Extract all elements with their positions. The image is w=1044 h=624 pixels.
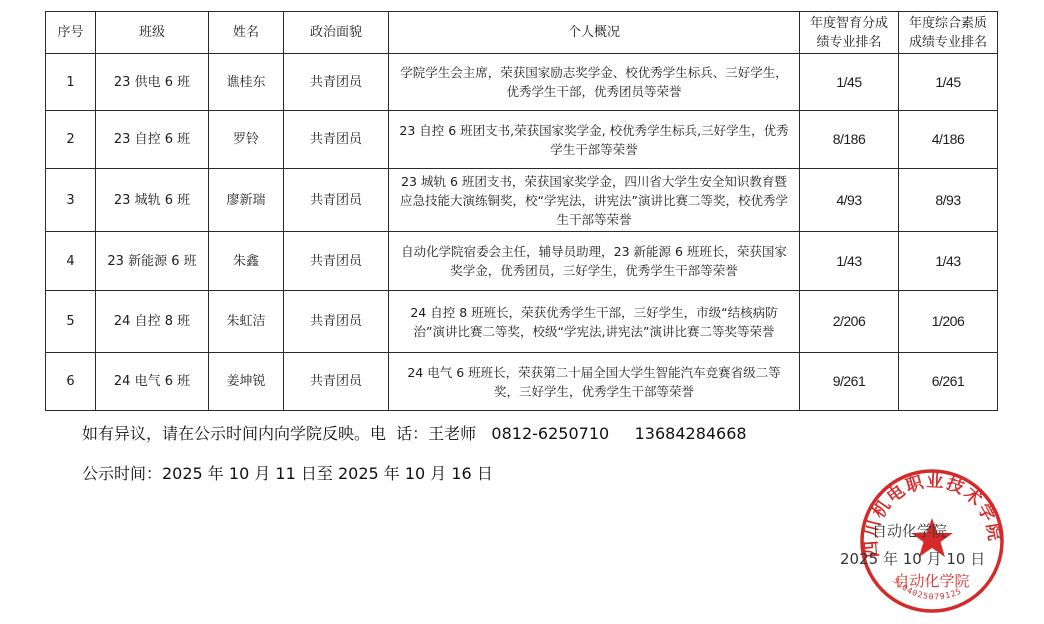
cell-political: 共青团员 [284,169,389,232]
cell-class: 24 电气 6 班 [96,353,209,411]
cell-class: 23 供电 6 班 [96,54,209,111]
objection-notice: 如有异议，请在公示时间内向学院反映。电 话：王老师 0812-6250710 1… [82,421,747,444]
table-row: 5 24 自控 8 班 朱虹洁 共青团员 24 自控 8 班班长，荣获优秀学生干… [46,291,998,353]
cell-class: 23 新能源 6 班 [96,232,209,291]
header-profile: 个人概况 [389,12,800,54]
header-overall-rank-line2: 成绩专业排名 [905,33,991,52]
header-name: 姓名 [209,12,284,54]
table-row: 2 23 自控 6 班 罗铃 共青团员 23 自控 6 班团支书,荣获国家奖学金… [46,111,998,169]
cell-overall-rank: 6/261 [899,353,998,411]
cell-index: 5 [46,291,96,353]
cell-political: 共青团员 [284,353,389,411]
cell-academic-rank: 9/261 [800,353,899,411]
seal-date-text: 2025 年 10 月 10 日 [840,548,985,569]
table-row: 4 23 新能源 6 班 朱鑫 共青团员 自动化学院宿委会主任，辅导员助理，23… [46,232,998,291]
cell-name: 朱鑫 [209,232,284,291]
honor-candidates-table: 序号 班级 姓名 政治面貌 个人概况 年度智育分成 绩专业排名 年度综合素质 成… [45,11,998,411]
cell-academic-rank: 1/45 [800,54,899,111]
cell-profile: 自动化学院宿委会主任，辅导员助理，23 新能源 6 班班长，荣获国家奖学金，优秀… [389,232,800,291]
cell-political: 共青团员 [284,232,389,291]
cell-name: 廖新瑞 [209,169,284,232]
header-class: 班级 [96,12,209,54]
table-row: 6 24 电气 6 班 姜坤锐 共青团员 24 电气 6 班班长，荣获第二十届全… [46,353,998,411]
cell-overall-rank: 4/186 [899,111,998,169]
header-overall-rank-line1: 年度综合素质 [905,14,991,33]
cell-overall-rank: 8/93 [899,169,998,232]
table-header-row: 序号 班级 姓名 政治面貌 个人概况 年度智育分成 绩专业排名 年度综合素质 成… [46,12,998,54]
cell-overall-rank: 1/45 [899,54,998,111]
cell-academic-rank: 1/43 [800,232,899,291]
header-academic-rank-line1: 年度智育分成 [806,14,892,33]
cell-index: 6 [46,353,96,411]
cell-index: 3 [46,169,96,232]
cell-index: 2 [46,111,96,169]
cell-name: 朱虹洁 [209,291,284,353]
cell-political: 共青团员 [284,291,389,353]
cell-academic-rank: 2/206 [800,291,899,353]
cell-overall-rank: 1/43 [899,232,998,291]
cell-name: 罗铃 [209,111,284,169]
header-academic-rank: 年度智育分成 绩专业排名 [800,12,899,54]
cell-index: 1 [46,54,96,111]
cell-class: 23 自控 6 班 [96,111,209,169]
cell-academic-rank: 8/186 [800,111,899,169]
cell-academic-rank: 4/93 [800,169,899,232]
cell-profile: 24 电气 6 班班长，荣获第二十届全国大学生智能汽车竞赛省级二等奖，三好学生，… [389,353,800,411]
cell-index: 4 [46,232,96,291]
table-row: 1 23 供电 6 班 谯桂东 共青团员 学院学生会主席，荣获国家励志奖学金、校… [46,54,998,111]
cell-profile: 23 城轨 6 班团支书，荣获国家奖学金，四川省大学生安全知识教育暨应急技能大演… [389,169,800,232]
header-political: 政治面貌 [284,12,389,54]
cell-political: 共青团员 [284,54,389,111]
header-index: 序号 [46,12,96,54]
cell-name: 谯桂东 [209,54,284,111]
cell-class: 23 城轨 6 班 [96,169,209,232]
seal-icon: 四川机电职业技术学院 自动化学院 5104025079125 [852,466,1012,616]
header-academic-rank-line2: 绩专业排名 [806,33,892,52]
cell-name: 姜坤锐 [209,353,284,411]
table-row: 3 23 城轨 6 班 廖新瑞 共青团员 23 城轨 6 班团支书，荣获国家奖学… [46,169,998,232]
publicity-period: 公示时间：2025 年 10 月 11 日至 2025 年 10 月 16 日 [82,461,493,484]
cell-profile: 23 自控 6 班团支书,荣获国家奖学金, 校优秀学生标兵,三好学生，优秀学生干… [389,111,800,169]
header-overall-rank: 年度综合素质 成绩专业排名 [899,12,998,54]
cell-political: 共青团员 [284,111,389,169]
cell-profile: 学院学生会主席，荣获国家励志奖学金、校优秀学生标兵、三好学生，优秀学生干部，优秀… [389,54,800,111]
official-seal: 四川机电职业技术学院 自动化学院 5104025079125 自动化学院 202… [852,466,1012,616]
cell-profile: 24 自控 8 班班长，荣获优秀学生干部，三好学生，市级“结核病防治”演讲比赛二… [389,291,800,353]
cell-class: 24 自控 8 班 [96,291,209,353]
seal-org-text: 自动化学院 [872,520,947,541]
cell-overall-rank: 1/206 [899,291,998,353]
